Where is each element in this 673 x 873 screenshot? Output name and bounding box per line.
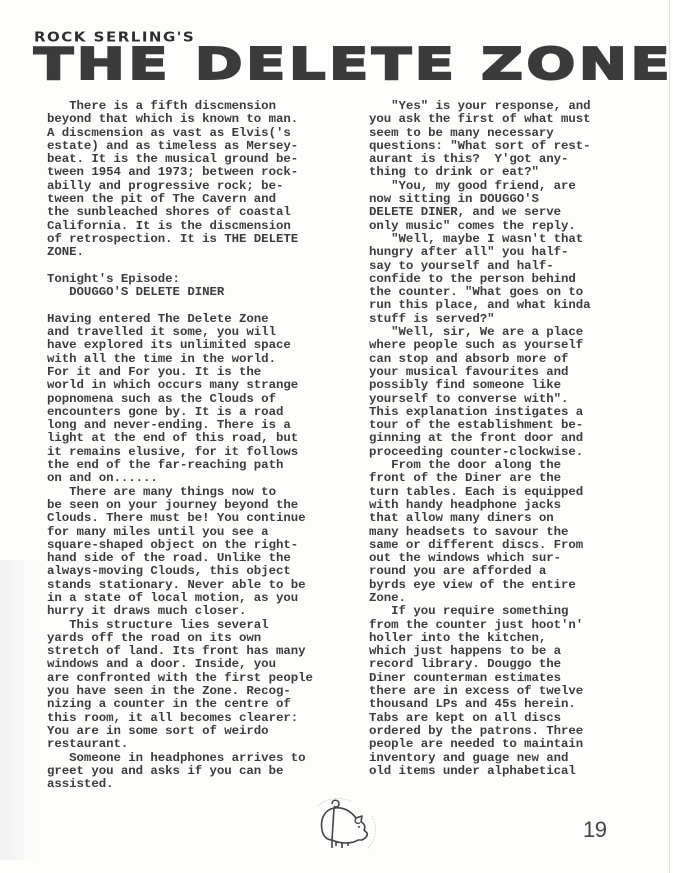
text-line: A discmension as vast as Elvis('s xyxy=(47,127,337,140)
text-line: which just happens to be a xyxy=(369,645,659,658)
text-line: out the windows which sur- xyxy=(369,552,659,565)
text-line: restaurant. xyxy=(47,738,337,751)
text-line: Someone in headphones arrives to xyxy=(47,752,337,765)
text-line: stands stationary. Never able to be xyxy=(47,579,337,592)
text-line: you ask the first of what must xyxy=(369,113,659,126)
text-line: ordered by the patrons. Three xyxy=(369,725,659,738)
text-line: You are in some sort of weirdo xyxy=(47,725,337,738)
page-number: 19 xyxy=(583,817,606,843)
text-line: tween 1954 and 1973; between rock- xyxy=(47,166,337,179)
text-line: many headsets to savour the xyxy=(369,526,659,539)
text-line: beat. It is the musical ground be- xyxy=(47,153,337,166)
left-column: There is a fifth discmensionbeyond that … xyxy=(47,100,337,791)
text-line: in a state of local motion, as you xyxy=(47,592,337,605)
text-line: there are in excess of twelve xyxy=(369,685,659,698)
text-line: are confronted with the first people xyxy=(47,672,337,685)
text-line: people are needed to maintain xyxy=(369,738,659,751)
text-line: have explored its unlimited space xyxy=(47,339,337,352)
text-line: Clouds. There must be! You continue xyxy=(47,512,337,525)
text-line: only music" comes the reply. xyxy=(369,220,659,233)
text-line: turn tables. Each is equipped xyxy=(369,486,659,499)
right-column: "Yes" is your response, andyou ask the f… xyxy=(369,100,659,778)
text-line: ZONE. xyxy=(47,246,337,259)
text-line: DELETE DINER, and we serve xyxy=(369,206,659,219)
text-line: the sunbleached shores of coastal xyxy=(47,206,337,219)
text-line: holler into the kitchen, xyxy=(369,632,659,645)
text-line: ginning at the front door and xyxy=(369,432,659,445)
text-line: thing to drink or eat?" xyxy=(369,166,659,179)
text-line xyxy=(47,299,337,312)
text-line: "Well, sir, We are a place xyxy=(369,326,659,339)
text-line: Tabs are kept on all discs xyxy=(369,712,659,725)
text-line: now sitting in DOUGGO'S xyxy=(369,193,659,206)
text-line: hurry it draws much closer. xyxy=(47,605,337,618)
text-line: old items under alphabetical xyxy=(369,765,659,778)
text-line: front of the Diner are the xyxy=(369,472,659,485)
text-line: record library. Douggo the xyxy=(369,658,659,671)
text-line: world in which occurs many strange xyxy=(47,379,337,392)
text-line: This explanation instigates a xyxy=(369,406,659,419)
text-line: hand side of the road. Unlike the xyxy=(47,552,337,565)
text-line: same or different discs. From xyxy=(369,539,659,552)
text-line: round you are afforded a xyxy=(369,565,659,578)
text-line: on and on...... xyxy=(47,472,337,485)
text-line: windows and a door. Inside, you xyxy=(47,658,337,671)
text-line: tour of the establishment be- xyxy=(369,419,659,432)
text-line: assisted. xyxy=(47,778,337,791)
text-line: DOUGGO'S DELETE DINER xyxy=(47,286,337,299)
text-line: Zone. xyxy=(369,592,659,605)
text-line: yards off the road on its own xyxy=(47,632,337,645)
text-line: it remains elusive, for it follows xyxy=(47,446,337,459)
text-line: can stop and absorb more of xyxy=(369,353,659,366)
text-line: seem to be many necessary xyxy=(369,127,659,140)
text-line: square-shaped object on the right- xyxy=(47,539,337,552)
text-line: nizing a counter in the centre of xyxy=(47,698,337,711)
text-line: long and never-ending. There is a xyxy=(47,419,337,432)
text-line: questions: "What sort of rest- xyxy=(369,140,659,153)
text-line: beyond that which is known to man. xyxy=(47,113,337,126)
text-line xyxy=(47,260,337,273)
text-line: be seen on your journey beyond the xyxy=(47,499,337,512)
text-line: There is a fifth discmension xyxy=(47,100,337,113)
text-line: for many miles until you see a xyxy=(47,526,337,539)
text-line: byrds eye view of the entire xyxy=(369,579,659,592)
text-line: inventory and guage new and xyxy=(369,752,659,765)
text-line: this room, it all becomes clearer: xyxy=(47,712,337,725)
text-line: where people such as yourself xyxy=(369,339,659,352)
text-line: yourself to converse with". xyxy=(369,393,659,406)
text-line: stretch of land. Its front has many xyxy=(47,645,337,658)
text-line: possibly find someone like xyxy=(369,379,659,392)
magazine-page: ROCK SERLING'S THE DELETE ZONE There is … xyxy=(0,0,673,873)
text-line: "You, my good friend, are xyxy=(369,180,659,193)
text-line: For it and For you. It is the xyxy=(47,366,337,379)
text-line: estate) and as timeless as Mersey- xyxy=(47,140,337,153)
page-edge xyxy=(669,0,670,873)
text-line: hungry after all" you half- xyxy=(369,246,659,259)
text-line: There are many things now to xyxy=(47,486,337,499)
text-line: from the counter just hoot'n' xyxy=(369,619,659,632)
text-line: that allow many diners on xyxy=(369,512,659,525)
text-line: confide to the person behind xyxy=(369,273,659,286)
text-line: This structure lies several xyxy=(47,619,337,632)
text-line: tween the pit of The Cavern and xyxy=(47,193,337,206)
text-line: From the door along the xyxy=(369,459,659,472)
text-line: you have seen in the Zone. Recog- xyxy=(47,685,337,698)
text-line: If you require something xyxy=(369,605,659,618)
text-line: always-moving Clouds, this object xyxy=(47,565,337,578)
text-line: stuff is served?" xyxy=(369,313,659,326)
text-line: Having entered The Delete Zone xyxy=(47,313,337,326)
bleed-through-shading xyxy=(0,560,40,860)
text-line: encounters gone by. It is a road xyxy=(47,406,337,419)
text-line: light at the end of this road, but xyxy=(47,432,337,445)
text-line: Diner counterman estimates xyxy=(369,672,659,685)
text-line: California. It is the discmension xyxy=(47,220,337,233)
text-line: of retrospection. It is THE DELETE xyxy=(47,233,337,246)
pig-icon xyxy=(312,796,382,856)
text-line: and travelled it some, you will xyxy=(47,326,337,339)
column-title: THE DELETE ZONE xyxy=(34,44,673,86)
text-line: proceeding counter-clockwise. xyxy=(369,446,659,459)
text-line: greet you and asks if you can be xyxy=(47,765,337,778)
masthead: ROCK SERLING'S THE DELETE ZONE xyxy=(34,30,644,90)
text-line: abilly and progressive rock; be- xyxy=(47,180,337,193)
text-line: "Well, maybe I wasn't that xyxy=(369,233,659,246)
text-line: with all the time in the world. xyxy=(47,353,337,366)
text-line: popnomena such as the Clouds of xyxy=(47,393,337,406)
text-line: with handy headphone jacks xyxy=(369,499,659,512)
text-line: aurant is this? Y'got any- xyxy=(369,153,659,166)
text-line: your musical favourites and xyxy=(369,366,659,379)
text-line: thousand LPs and 45s herein. xyxy=(369,698,659,711)
text-line: run this place, and what kinda xyxy=(369,299,659,312)
text-line: Tonight's Episode: xyxy=(47,273,337,286)
text-line: the end of the far-reaching path xyxy=(47,459,337,472)
text-line: "Yes" is your response, and xyxy=(369,100,659,113)
text-line: the counter. "What goes on to xyxy=(369,286,659,299)
text-line: say to yourself and half- xyxy=(369,260,659,273)
